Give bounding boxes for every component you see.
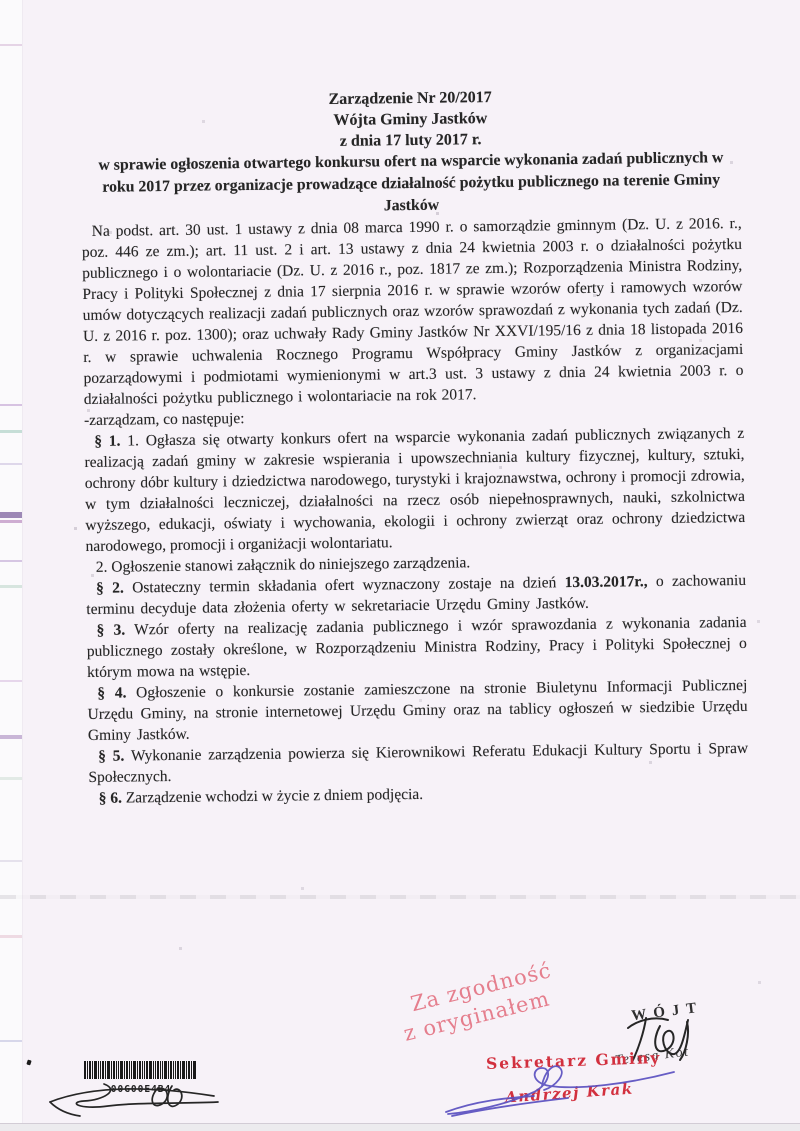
section-5-text: Wykonanie zarządzenia powierza się Kiero… [88,740,748,786]
section-1-text: 1. Ogłasza się otwarty konkurs ofert na … [84,425,745,555]
section-5-label: § 5. [98,748,124,765]
scan-noise-streak [0,430,22,433]
scan-noise-streak [0,512,22,518]
scan-bottom-edge [0,1123,800,1131]
scanner-edge-strip [0,0,23,1131]
section-4-paragraph: § 4. Ogłoszenie o konkursie zostanie zam… [87,675,748,746]
ordinance-subject: w sprawie ogłoszenia otwartego konkursu … [81,147,742,221]
scan-noise-streak [0,585,22,588]
scan-noise-streak [0,404,22,406]
section-4-text: Ogłoszenie o konkursie zostanie zamieszc… [88,677,748,744]
section-6-label: § 6. [99,790,122,807]
scan-noise-streak [0,860,22,862]
scan-noise-streak [0,777,22,780]
scan-noise-streak [0,560,22,562]
section-6-text: Zarządzenie wchodzi w życie z dniem podj… [126,786,424,807]
scan-noise-streak [0,935,22,938]
legal-basis-paragraph: Na podst. art. 30 ust. 1 ustawy z dnia 0… [82,213,744,410]
section-1-label: § 1. [94,433,120,450]
scan-noise-streak [0,520,22,523]
scanned-document-page: Zarządzenie Nr 20/2017 Wójta Gminy Jastk… [0,0,800,1131]
section-4-label: § 4. [97,685,126,702]
pen-tick-mark [26,1060,31,1066]
scan-noise-streak [0,680,22,682]
scan-speckles [0,0,1,1]
pen-scribble [46,1076,222,1120]
scan-noise-streak [0,735,22,739]
ordinance-text-column: Zarządzenie Nr 20/2017 Wójta Gminy Jastk… [80,84,749,809]
scan-noise-streak [0,44,22,46]
section-3-label: § 3. [96,622,125,639]
scan-noise-streak [0,463,22,465]
section-3-paragraph: § 3. Wzór oferty na realizację zadania p… [86,612,747,683]
certification-stamp: Za zgodność z oryginałem [408,957,561,1044]
section-2-deadline-date: 13.03.2017r., [565,573,648,591]
section-2-text-before-date: Ostateczny termin składania ofert wyznac… [132,574,556,596]
secretary-signature [438,1056,680,1118]
section-1-paragraph: § 1. 1. Ogłasza się otwarty konkurs ofer… [84,423,745,557]
section-3-text: Wzór oferty na realizację zadania public… [87,614,747,681]
section-2-label: § 2. [96,580,124,597]
scan-artifact-band [0,895,800,899]
scan-noise-streak [0,1040,22,1042]
